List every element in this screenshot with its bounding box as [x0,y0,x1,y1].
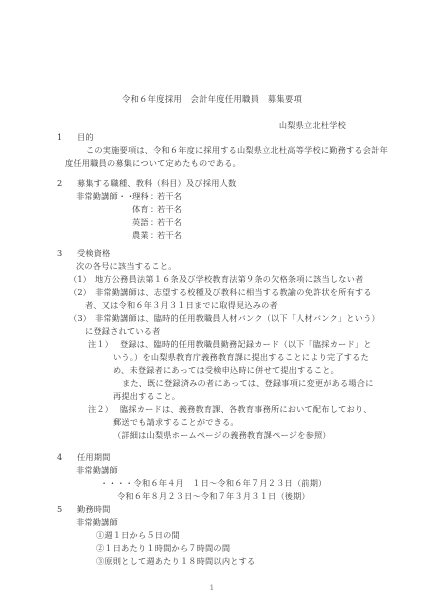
section-2-heading: 募集する職種、教科（科目）及び採用人数 [77,178,236,188]
item-text-line: 非常勤講師は、志望する校種及び教科に相当する教諭の免許状を所有する [95,287,372,297]
section-3-intro: 次の各号に該当すること。 [76,261,177,271]
section-2-number: 2 [57,178,62,188]
section-3-number: 3 [57,248,62,258]
subject-name: 体育 [132,204,149,214]
note-text-line: いう。）を山梨県教育庁義務教育課に提出することにより完了するた [113,352,369,362]
rule-line: ①週１日から５日の間 [96,530,180,540]
subject-count: 若干名 [157,217,182,227]
note-label: 注２） [88,404,113,414]
subject-count: 若干名 [157,204,182,214]
section-1-text-line: 度任用職員の募集について定めたものである。 [65,158,241,168]
item-label: （2） [69,287,91,297]
issuer-name: 山梨県立北杜学校 [279,120,346,130]
note-text-line: 登録は、臨時的任用教職員勤務記録カード（以下「臨採カード」と [120,339,372,349]
job-label: 非常勤講師 [76,465,118,475]
note-text-line: 臨採カードは、義務教育課、各教育事務所において配布しており、 [120,404,372,414]
subject-name: 英語 [132,217,149,227]
section-1-text-line: この実施要項は、令和６年度に採用する山梨県立北杜高等学校に勤務する会計年 [86,145,388,155]
job-label: 非常勤講師 [76,517,118,527]
item-text-line: 地方公務員法第１６条及び学校教育法第９条の欠格条項に該当しない者 [95,274,363,284]
note-text-line: また、既に登録済みの者にあっては、登録事項に変更がある場合に [122,378,374,388]
section-3-heading: 受検資格 [77,248,111,258]
item-text-line: に登録されている者 [85,326,161,336]
period-line: 令和６年８月２３日～令和７年３月３１日（後期） [117,491,310,501]
subject-count: 若干名 [157,191,182,201]
section-5-heading: 勤務時間 [77,504,111,514]
section-4-number: 4 [57,452,62,462]
subject-name: 農業 [132,230,149,240]
section-4-heading: 任用期間 [77,452,111,462]
item-text-line: 非常勤講師は、臨時的任用教職員人材バンク（以下「人材バンク」という） [95,313,380,323]
section-1-number: 1 [57,132,62,142]
rule-line: ②１日あたり１時間から７時間の間 [96,543,230,553]
note-text-line: め、未登録者にあっては受検申込時に併せて提出すること。 [113,365,339,375]
item-label: （1） [69,274,91,284]
note-text-line: （詳細は山梨県ホームページの義務教育課ページを参照） [113,430,331,440]
note-label: 注１） [88,339,113,349]
note-text-line: 再提出すること。 [113,391,180,401]
note-text-line: 郵送でも請求することができる。 [113,417,239,427]
period-line: ・・・・令和６年４月 １日～令和６年７月２３日（前期） [100,478,326,488]
section-5-number: 5 [57,504,62,514]
item-text-line: 者、又は令和６年３月３１日までに取得見込みの者 [85,300,278,310]
document-title: 令和６年度採用 会計年度任用職員 募集要項 [0,94,424,104]
document-page: 令和６年度採用 会計年度任用職員 募集要項 山梨県立北杜学校 1 目的 この実施… [0,0,424,600]
page-number: 1 [0,583,424,593]
rule-line: ③原則として週あたり１８時間以内とする [96,556,255,566]
subject-count: 若干名 [157,230,182,240]
section-1-heading: 目的 [77,132,94,142]
subject-name: 理科 [132,191,149,201]
item-label: （3） [69,313,91,323]
